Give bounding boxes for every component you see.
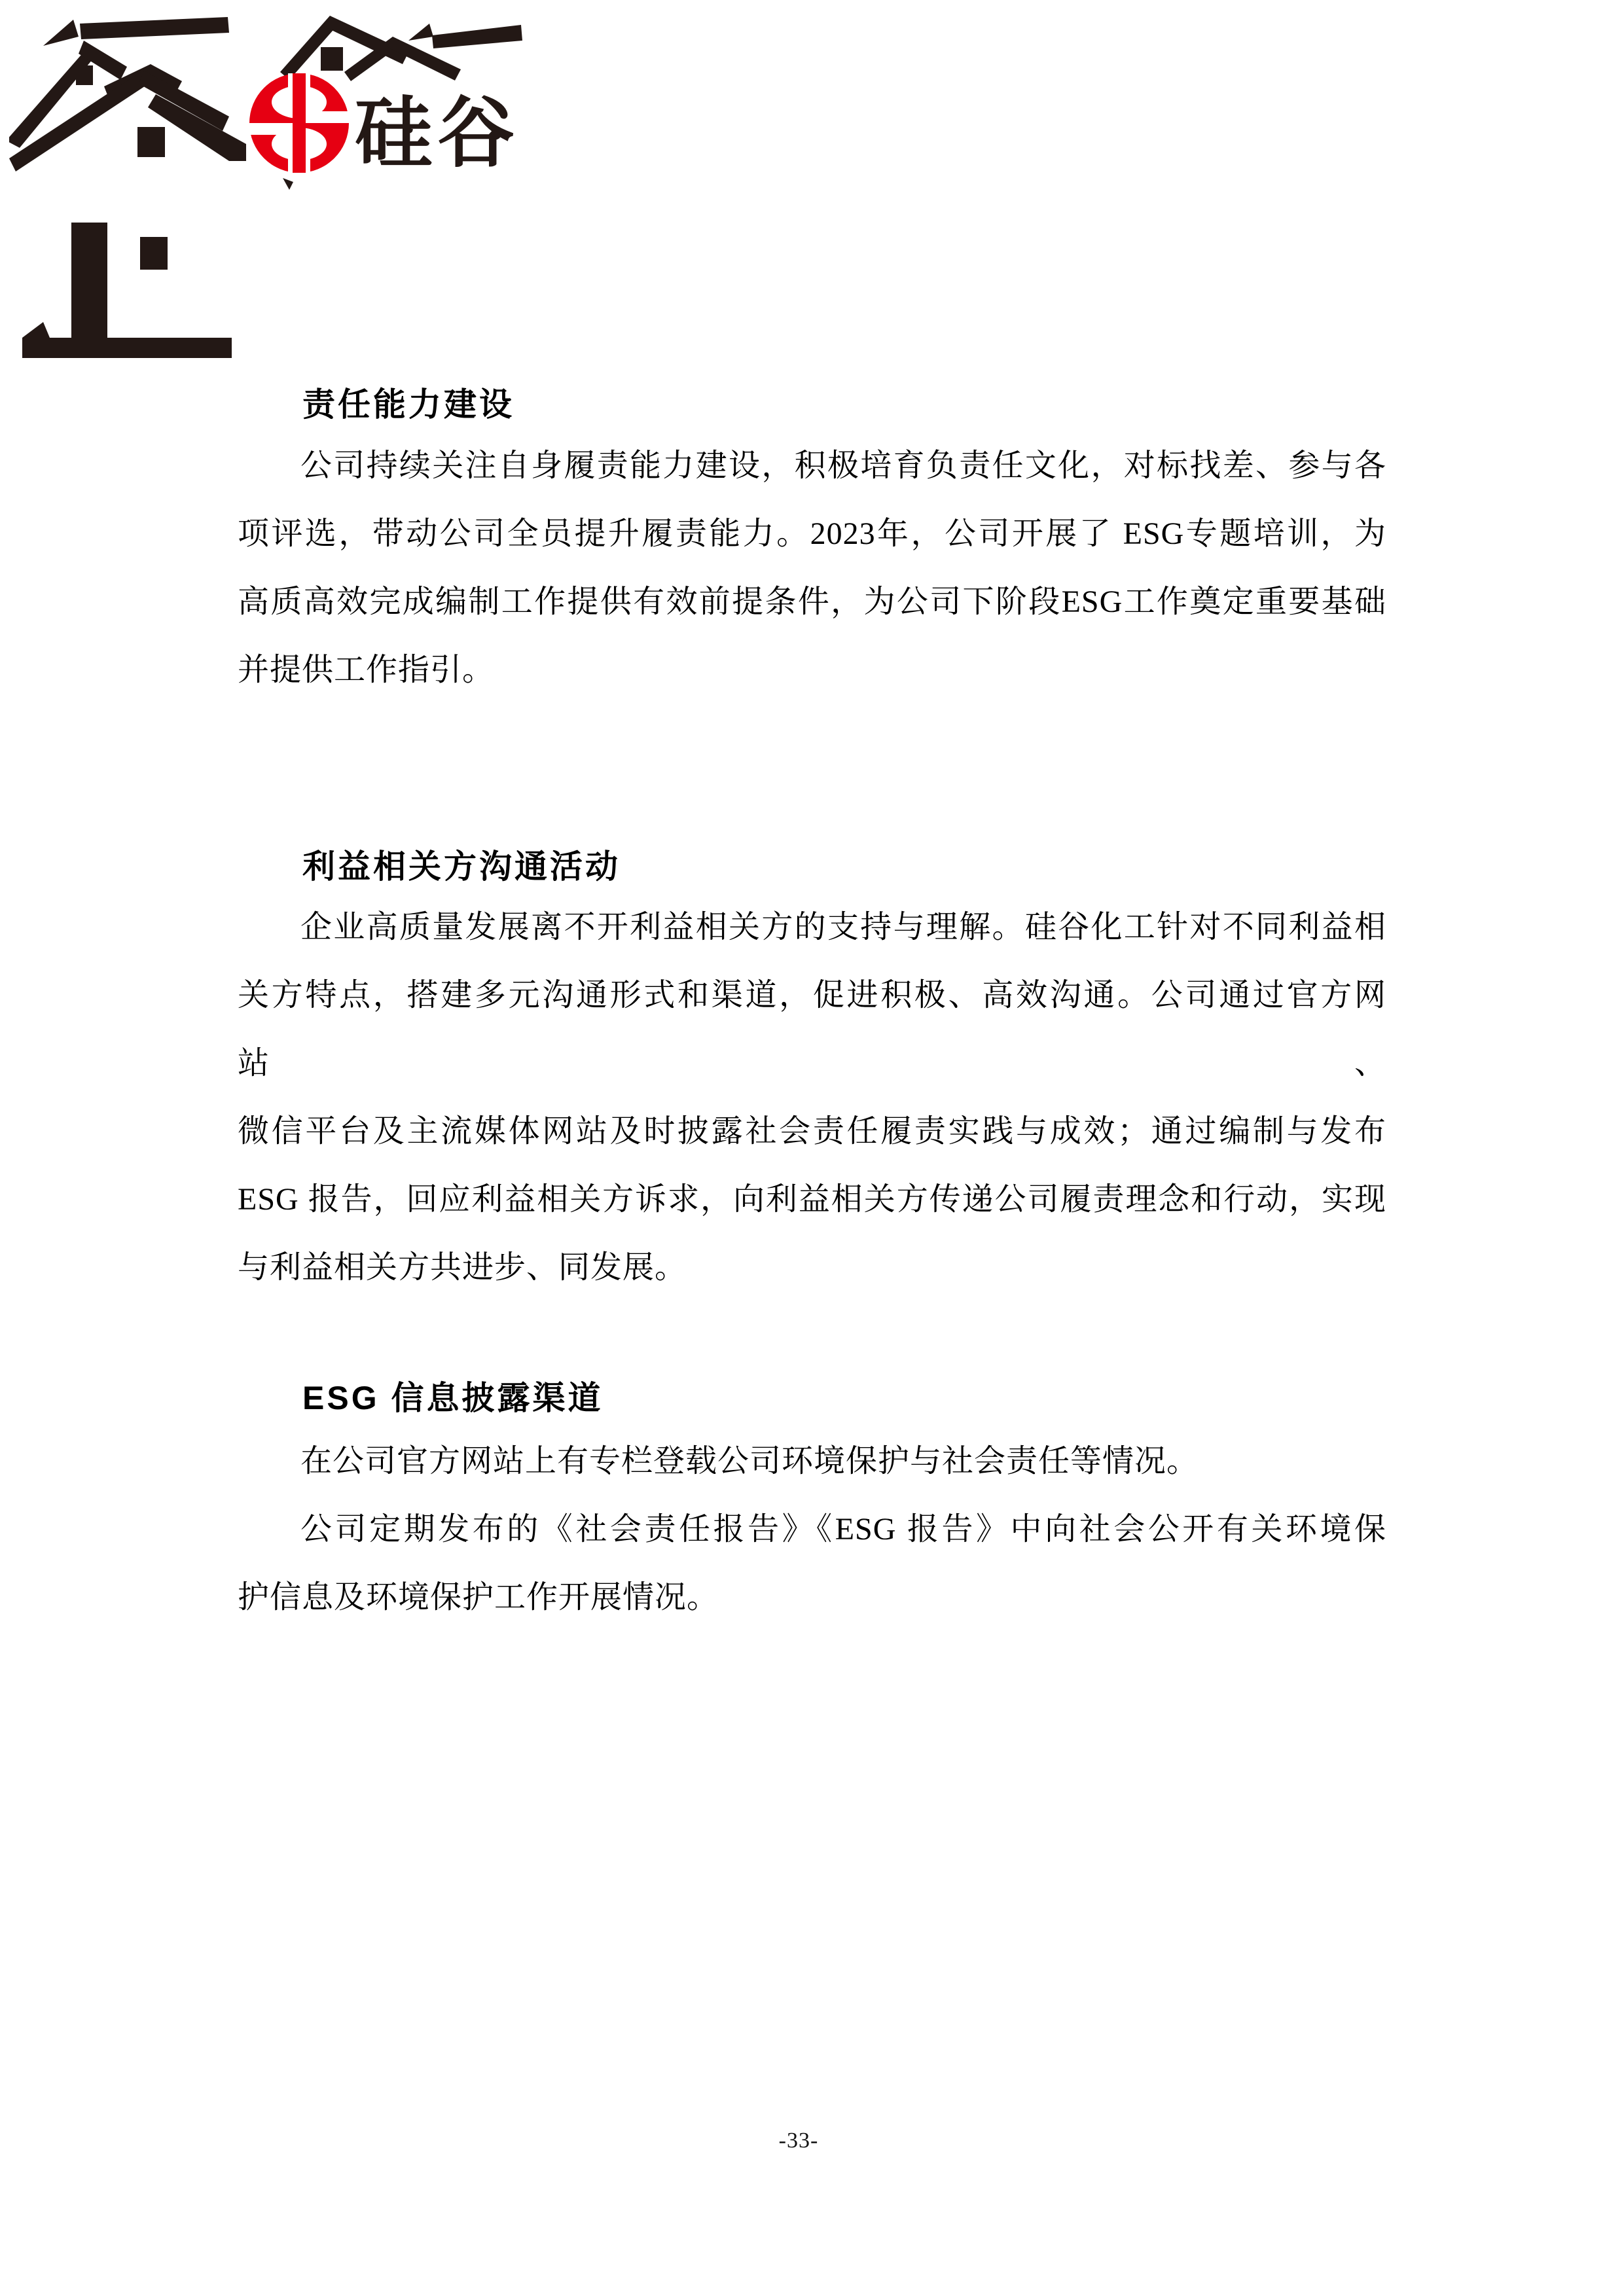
paragraph-line: 高质高效完成编制工作提供有效前提条件，为公司下阶段ESG工作奠定重要基础 xyxy=(238,568,1386,636)
paragraph-stakeholder: 企业高质量发展离不开利益相关方的支持与理解。硅谷化工针对不同利益相 关方特点，搭… xyxy=(238,893,1386,1302)
brand-emblem-icon xyxy=(247,73,352,174)
paragraph-line: 公司持续关注自身履责能力建设，积极培育负责任文化，对标找差、参与各 xyxy=(238,432,1386,500)
chimney-graphic xyxy=(22,223,232,358)
paragraph-line: 在公司官方网站上有专栏登载公司环境保护与社会责任等情况。 xyxy=(238,1427,1386,1496)
brand-text: 硅谷 xyxy=(355,90,520,177)
paragraph-line: 并提供工作指引。 xyxy=(238,636,1386,704)
paragraph-line: 关方特点，搭建多元沟通形式和渠道，促进积极、高效沟通。公司通过官方网站、 xyxy=(238,961,1386,1098)
page-number: -33- xyxy=(0,2128,1597,2153)
section-title-stakeholder-communication: 利益相关方沟通活动 xyxy=(302,846,621,887)
paragraph-line: 企业高质量发展离不开利益相关方的支持与理解。硅谷化工针对不同利益相 xyxy=(238,893,1386,961)
paragraph-disclosure-website: 在公司官方网站上有专栏登载公司环境保护与社会责任等情况。 xyxy=(238,1427,1386,1496)
paragraph-line: 微信平台及主流媒体网站及时披露社会责任履责实践与成效；通过编制与发布 xyxy=(238,1098,1386,1166)
section-title-responsibility-capability: 责任能力建设 xyxy=(302,384,514,425)
paragraph-responsibility: 公司持续关注自身履责能力建设，积极培育负责任文化，对标找差、参与各 项评选，带动… xyxy=(238,432,1386,704)
company-logo: 硅谷 xyxy=(9,7,528,364)
paragraph-line: 护信息及环境保护工作开展情况。 xyxy=(238,1564,1386,1632)
paragraph-line: ESG 报告，回应利益相关方诉求，向利益相关方传递公司履责理念和行动，实现 xyxy=(238,1166,1386,1234)
paragraph-line: 项评选，带动公司全员提升履责能力。2023年，公司开展了 ESG专题培训，为 xyxy=(238,500,1386,568)
paragraph-line: 与利益相关方共进步、同发展。 xyxy=(238,1234,1386,1302)
paragraph-disclosure-reports: 公司定期发布的《社会责任报告》《ESG 报告》中向社会公开有关环境保 护信息及环… xyxy=(238,1496,1386,1632)
paragraph-line: 公司定期发布的《社会责任报告》《ESG 报告》中向社会公开有关环境保 xyxy=(238,1496,1386,1564)
document-page: 硅谷 责任能力建设 公司持续关注自身履责能力建设，积极培育负责任文化，对标找差、… xyxy=(0,0,1624,2296)
section-title-esg-disclosure-channels: ESG 信息披露渠道 xyxy=(302,1378,603,1418)
